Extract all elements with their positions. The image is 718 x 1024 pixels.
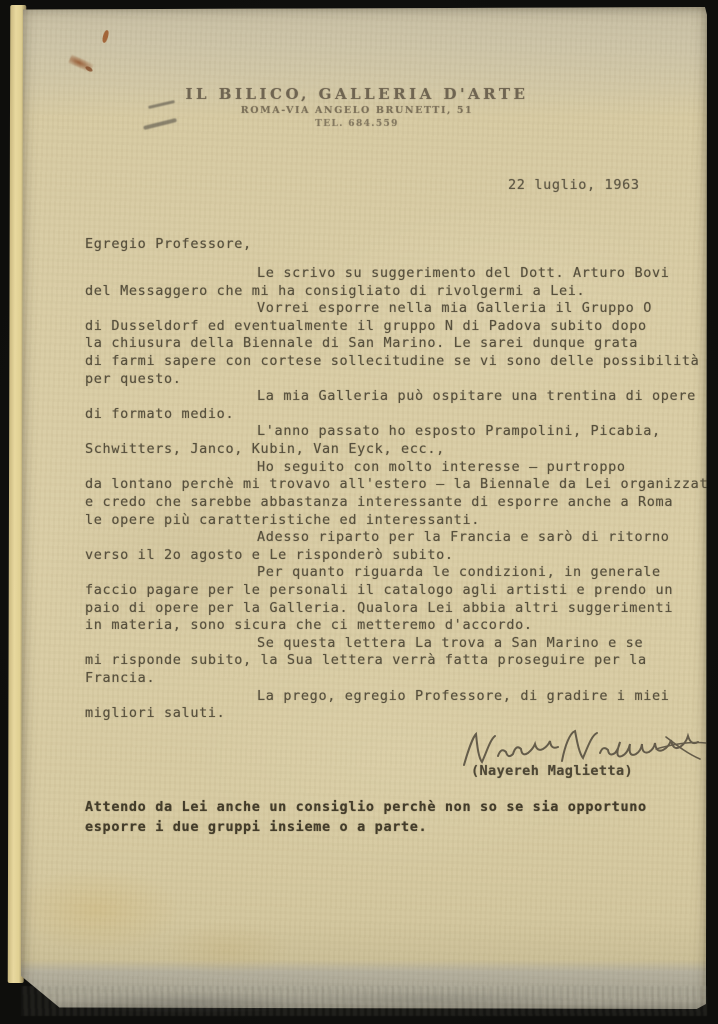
body-line: verso il 2o agosto e Le risponderò subit… — [85, 547, 718, 565]
postscript: Attendo da Lei anche un consiglio perchè… — [85, 797, 718, 837]
rust-stain-fleck — [85, 65, 94, 72]
body-line: migliori saluti. — [85, 705, 718, 723]
body-line: Francia. — [85, 670, 718, 688]
body-line: Schwitters, Janco, Kubin, Van Eyck, ecc.… — [85, 441, 718, 459]
body-line: Ho seguito con molto interesse – purtrop… — [85, 459, 718, 477]
body-line: Se questa lettera La trova a San Marino … — [85, 635, 718, 653]
postscript-line: Attendo da Lei anche un consiglio perchè… — [85, 797, 718, 817]
rust-stain-smudge — [68, 55, 94, 73]
body-line: le opere più caratteristiche ed interess… — [85, 512, 718, 530]
letterhead-phone: TEL. 684.559 — [21, 119, 693, 129]
body-line: di formato medio. — [85, 406, 718, 424]
body-line: da lontano perchè mi trovavo all'estero … — [85, 476, 718, 494]
rust-stain-dot — [102, 30, 110, 44]
body-line: e credo che sarebbe abbastanza interessa… — [85, 494, 718, 512]
body-line: La mia Galleria può ospitare una trentin… — [85, 388, 718, 406]
body-line: in materia, sono sicura che ci metteremo… — [85, 617, 718, 635]
date-line: 22 luglio, 1963 — [508, 177, 640, 193]
body-line: per questo. — [85, 371, 718, 389]
body-line: di farmi sapere con cortese sollecitudin… — [85, 353, 718, 371]
letterhead-gallery-name: IL BILICO, GALLERIA D'ARTE — [21, 85, 693, 103]
body-line: Adesso riparto per la Francia e sarò di … — [85, 529, 718, 547]
body-line: mi risponde subito, la Sua lettera verrà… — [85, 652, 718, 670]
body-line: La prego, egregio Professore, di gradire… — [85, 688, 718, 706]
salutation: Egregio Professore, — [85, 236, 252, 252]
typed-signature-name: (Nayereh Maglietta) — [471, 763, 633, 779]
body-line: del Messaggero che mi ha consigliato di … — [85, 283, 718, 301]
scanned-letter-page: { "letter": { "letterhead": { "gallery_n… — [0, 0, 718, 1024]
body-line: la chiusura della Biennale di San Marino… — [85, 335, 718, 353]
letter-paper: IL BILICO, GALLERIA D'ARTE ROMA-VIA ANGE… — [21, 7, 707, 1010]
letter-body: Le scrivo su suggerimento del Dott. Artu… — [85, 265, 718, 723]
body-line: di Dusseldorf ed eventualmente il gruppo… — [85, 318, 718, 336]
body-line: paio di opere per la Galleria. Qualora L… — [85, 600, 718, 618]
body-line: Le scrivo su suggerimento del Dott. Artu… — [85, 265, 718, 283]
body-line: Per quanto riguarda le condizioni, in ge… — [85, 564, 718, 582]
postscript-line: esporre i due gruppi insieme o a parte. — [85, 817, 718, 837]
body-line: L'anno passato ho esposto Prampolini, Pi… — [85, 423, 718, 441]
letterhead-address: ROMA-VIA ANGELO BRUNETTI, 51 — [21, 105, 693, 116]
body-line: faccio pagare per le personali il catalo… — [85, 582, 718, 600]
body-line: Vorrei esporre nella mia Galleria il Gru… — [85, 300, 718, 318]
